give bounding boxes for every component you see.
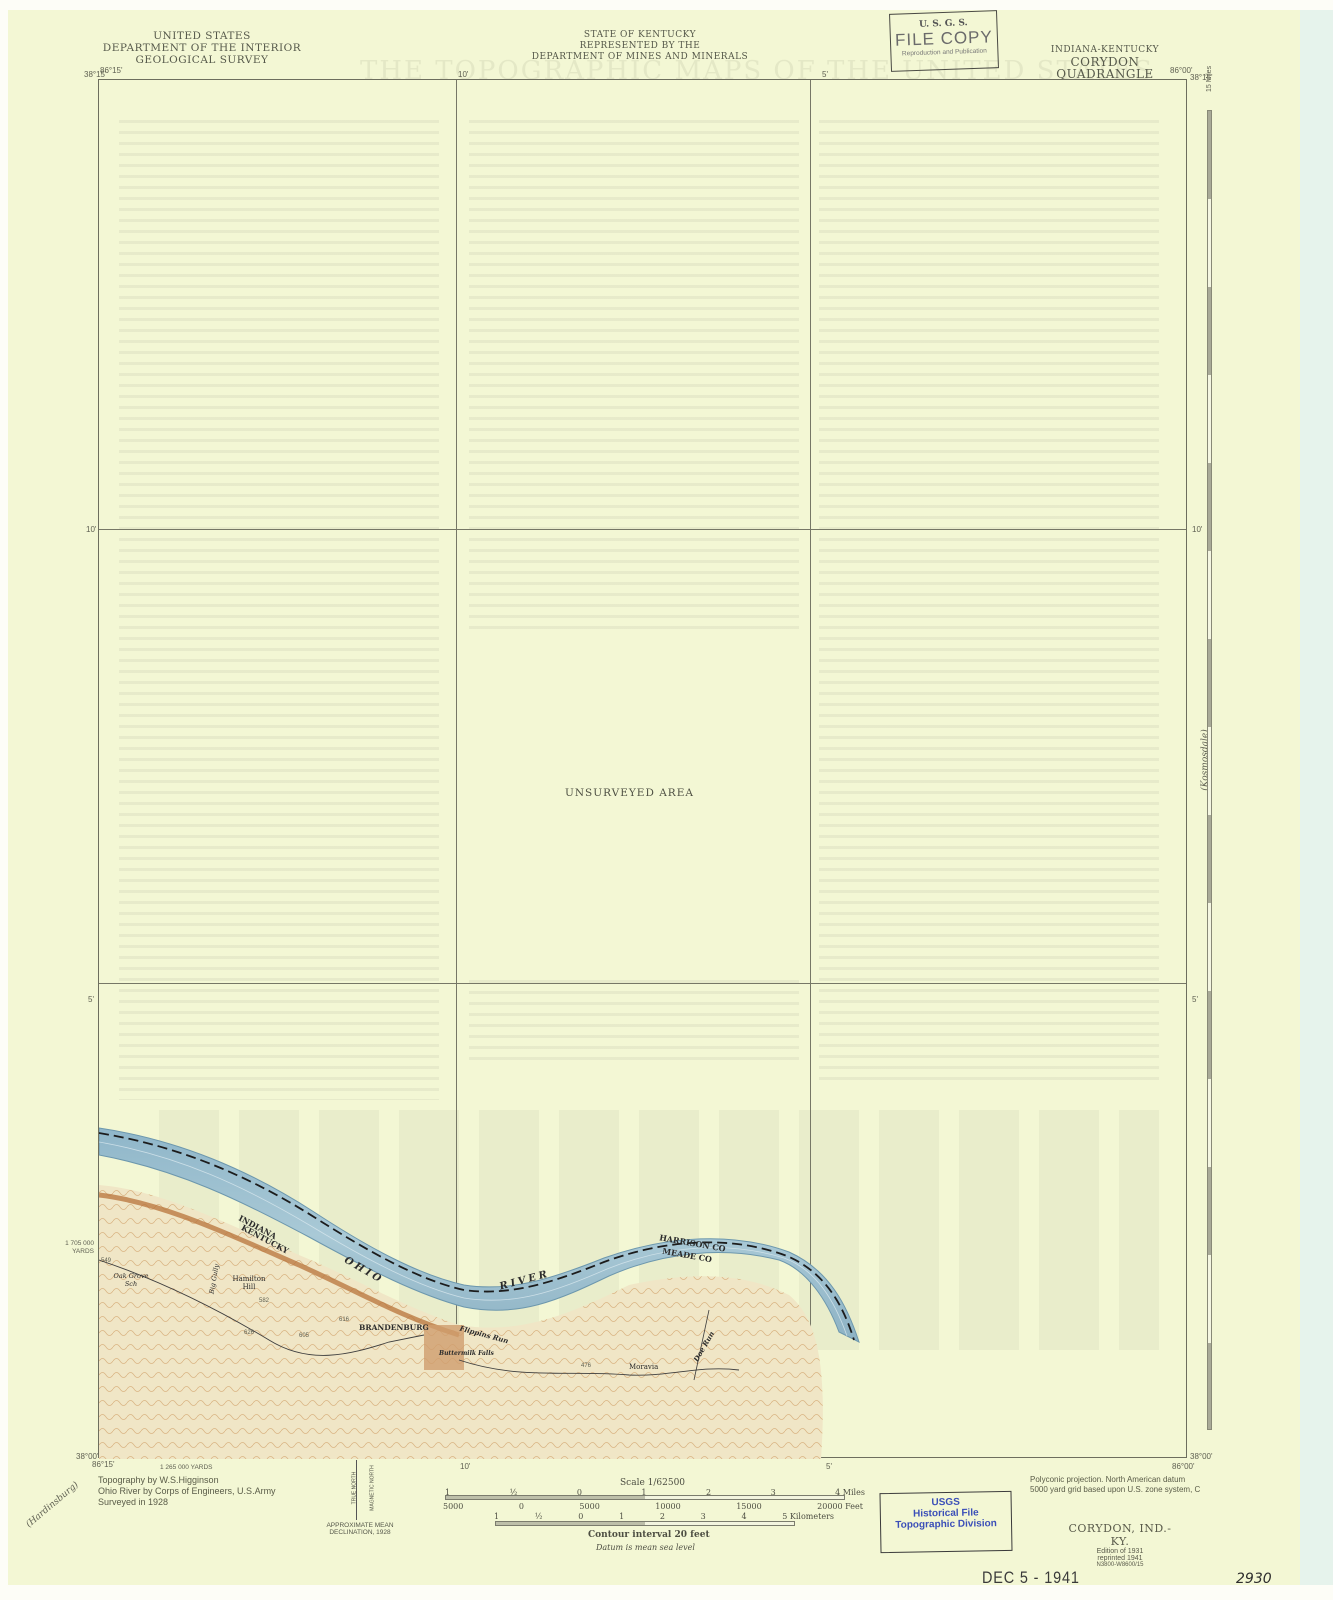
- bottom-yards-label: 1 265 000 YARDS: [160, 1464, 213, 1471]
- mile-tick: 1: [445, 1488, 450, 1497]
- corner-br-lat: 38°00': [1190, 1452, 1213, 1461]
- km-tick: 2: [660, 1512, 665, 1521]
- topographic-map: [99, 80, 1188, 1459]
- corner-br-lon: 86°00': [1172, 1462, 1195, 1471]
- km-scale-bar: [495, 1521, 795, 1526]
- footer-title: CORYDON, IND.-KY.: [1060, 1522, 1180, 1548]
- bottom-tick-5: 5': [826, 1462, 832, 1471]
- stamp-bottom-line3: Topographic Division: [881, 1518, 1011, 1531]
- mile-tick: 4 Miles: [835, 1488, 865, 1497]
- mile-tick: 1: [641, 1488, 646, 1497]
- credit-river: Ohio River by Corps of Engineers, U.S.Ar…: [98, 1486, 276, 1497]
- datum-note: Datum is mean sea level: [596, 1543, 695, 1552]
- header-agency-line1: UNITED STATES: [82, 30, 322, 42]
- label-hamilton-hill: Hamilton Hill: [229, 1275, 269, 1291]
- footer-reprinted: reprinted 1941: [1060, 1555, 1180, 1562]
- label-buttermilk-falls: Buttermilk Falls: [439, 1350, 494, 1357]
- right-tick-10: 10': [1192, 525, 1202, 534]
- feet-tick: 10000: [655, 1502, 680, 1511]
- km-tick: ½: [535, 1512, 543, 1521]
- miles-tick-labels: 1 ½ 0 1 2 3 4 Miles: [445, 1488, 865, 1497]
- label-brandenburg: BRANDENBURG: [359, 1323, 429, 1332]
- elevation-626: 626: [244, 1330, 254, 1336]
- projection-note: Polyconic projection. North American dat…: [1030, 1475, 1200, 1495]
- header-agency-line3: GEOLOGICAL SURVEY: [82, 54, 322, 66]
- mile-scale-label: 15 Miles: [1206, 66, 1213, 92]
- contour-interval: Contour interval 20 feet: [588, 1530, 710, 1540]
- mile-tick: ½: [510, 1488, 518, 1497]
- km-tick-labels: 1 ½ 0 1 2 3 4 5 Kilometers: [494, 1512, 834, 1521]
- corner-bl-lon: 86°15': [92, 1460, 115, 1469]
- mile-tick: 2: [706, 1488, 711, 1497]
- feet-tick: 5000: [443, 1502, 463, 1511]
- left-tick-10: 10': [86, 525, 96, 534]
- elevation-605: 605: [299, 1333, 309, 1339]
- km-tick: 0: [578, 1512, 583, 1521]
- corner-tl-lon: 86°15': [100, 66, 123, 75]
- label-moravia: Moravia: [629, 1363, 658, 1371]
- historical-file-stamp: USGS Historical File Topographic Divisio…: [879, 1491, 1012, 1553]
- header-state-line2: REPRESENTED BY THE: [530, 41, 750, 52]
- km-tick: 1: [494, 1512, 499, 1521]
- credit-topography: Topography by W.S.Higginson: [98, 1475, 276, 1486]
- received-date-stamp: DEC 5 - 1941: [982, 1568, 1080, 1588]
- mile-tick: 0: [577, 1488, 582, 1497]
- footer-info: CORYDON, IND.-KY. Edition of 1931 reprin…: [1060, 1522, 1180, 1568]
- km-tick: 4: [741, 1512, 746, 1521]
- top-tick-5: 5': [822, 70, 828, 79]
- projection-line2: 5000 yard grid based upon U.S. zone syst…: [1030, 1485, 1200, 1495]
- top-tick-10: 10': [458, 70, 468, 79]
- map-neatline: UNSURVEYED AREA INDIANA KENTUCKY OHIO RI…: [98, 79, 1187, 1458]
- scale-title: Scale 1/62500: [620, 1478, 685, 1488]
- elevation-582: 582: [259, 1298, 269, 1304]
- true-north-label: TRUE NORTH: [351, 1472, 357, 1505]
- km-tick: 1: [619, 1512, 624, 1521]
- feet-tick: 5000: [579, 1502, 599, 1511]
- header-state-line1: STATE OF KENTUCKY: [530, 30, 750, 41]
- credit-surveyed: Surveyed in 1928: [98, 1497, 276, 1508]
- right-tick-5: 5': [1192, 995, 1198, 1004]
- declination-caption: APPROXIMATE MEAN DECLINATION, 1928: [320, 1522, 400, 1536]
- unsurveyed-area-label: UNSURVEYED AREA: [565, 787, 694, 799]
- vertical-mile-scale: [1207, 110, 1212, 1430]
- elevation-476: 476: [581, 1363, 591, 1369]
- km-tick: 5 Kilometers: [782, 1512, 834, 1521]
- handwritten-number: 2930: [1236, 1571, 1272, 1587]
- mile-tick: 3: [771, 1488, 776, 1497]
- km-tick: 3: [701, 1512, 706, 1521]
- credits: Topography by W.S.Higginson Ohio River b…: [98, 1475, 276, 1508]
- footer-edition: Edition of 1931: [1060, 1548, 1180, 1555]
- elevation-616: 616: [339, 1317, 349, 1323]
- header-agency: UNITED STATES DEPARTMENT OF THE INTERIOR…: [82, 30, 322, 66]
- elevation-549: 549: [101, 1258, 111, 1264]
- magnetic-north-label: MAGNETIC NORTH: [370, 1465, 376, 1510]
- feet-tick: 0: [519, 1502, 524, 1511]
- header-agency-line2: DEPARTMENT OF THE INTERIOR: [82, 42, 322, 54]
- feet-tick: 15000: [736, 1502, 761, 1511]
- file-copy-stamp: U. S. G. S. FILE COPY Reproduction and P…: [889, 10, 999, 72]
- left-tick-5: 5': [88, 995, 94, 1004]
- label-oak-grove-sch: Oak Grove Sch: [111, 1272, 151, 1288]
- scan-edge: [1300, 10, 1333, 1585]
- feet-tick-labels: 5000 0 5000 10000 15000 20000 Feet: [443, 1502, 863, 1511]
- feet-tick: 20000 Feet: [817, 1502, 863, 1511]
- projection-line1: Polyconic projection. North American dat…: [1030, 1475, 1200, 1485]
- left-yards-label: 1 705 000 YARDS: [34, 1240, 94, 1256]
- bottom-tick-10: 10': [460, 1462, 470, 1471]
